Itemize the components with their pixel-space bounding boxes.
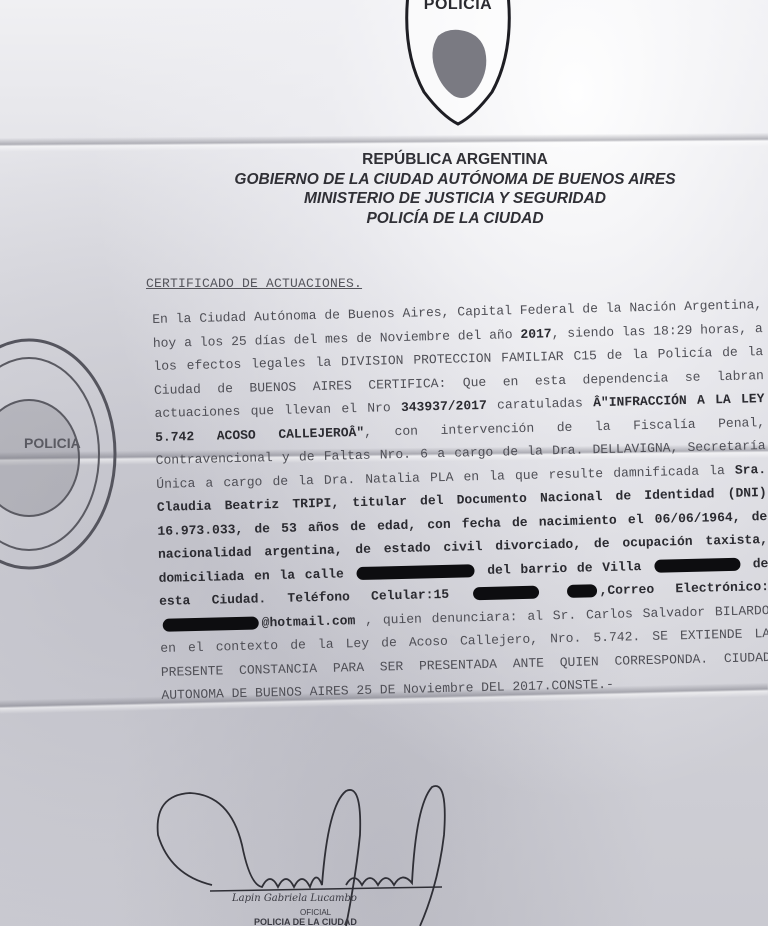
header-government: GOBIERNO DE LA CIUDAD AUTÓNOMA DE BUENOS… [200,170,710,190]
body-text: del barrio de Villa [487,559,641,578]
body-text: caratuladas [487,395,594,413]
header-police: POLICÍA DE LA CIUDAD [200,209,710,229]
document-header: REPÚBLICA ARGENTINA GOBIERNO DE LA CIUDA… [200,150,710,228]
certificate-body: En la Ciudad Autónoma de Buenos Aires, C… [152,293,768,707]
signatory-name: Lapin Gabriela Lucambo [232,893,357,904]
redacted-street [356,564,474,580]
email-label: ,Correo Electrónico: [599,579,768,598]
stamp-seal-icon: POLICIA [0,336,118,572]
redacted-email [163,616,259,631]
header-ministry: MINISTERIO DE JUSTICIA Y SEGURIDAD [200,189,710,209]
svg-text:POLICIA: POLICIA [24,435,81,451]
year: 2017 [520,326,552,342]
header-country: REPÚBLICA ARGENTINA [200,150,710,170]
case-number: 343937/2017 [401,398,487,415]
signatory-organization: POLICIA DE LA CIUDAD [254,917,357,926]
police-stamp: POLICIA [0,336,118,572]
signatory-role: OFICIAL [300,908,331,917]
police-badge-logo: POLICIA [402,0,514,126]
redacted-phone [473,586,539,601]
redacted-neighborhood [654,557,740,572]
redacted-phone [566,584,596,598]
badge-title: POLICIA [402,0,514,14]
certificate-title: CERTIFICADO DE ACTUACIONES. [146,276,362,291]
body-text: , con intervención de la Fiscalía Penal,… [156,415,766,492]
email-domain: @hotmail.com [262,613,356,630]
shield-icon [402,0,514,126]
